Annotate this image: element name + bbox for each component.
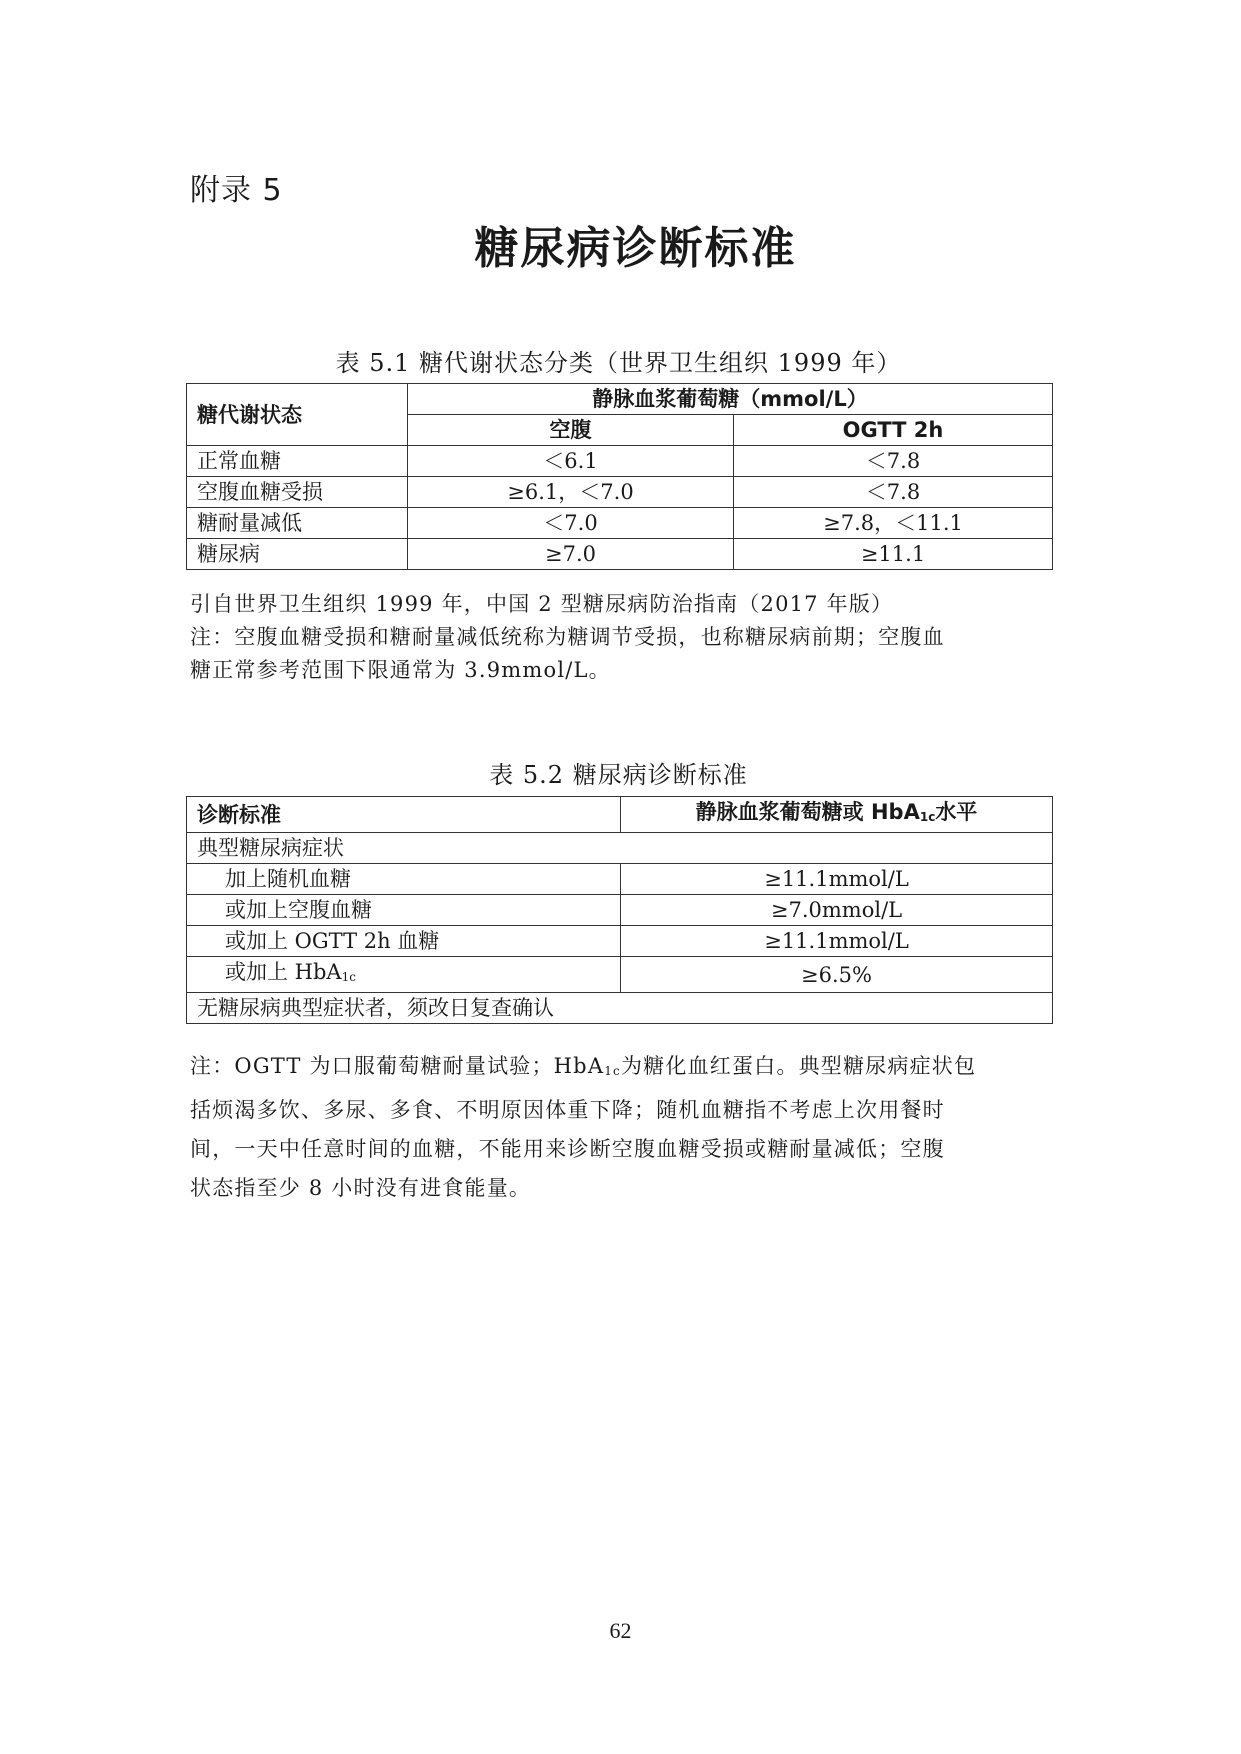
header-text-suffix: 水平: [935, 800, 977, 824]
table-row: 正常血糖 ＜6.1 ＜7.8: [187, 446, 1053, 477]
header-fasting: 空腹: [408, 415, 734, 446]
note-text: 为糖化血红蛋白。典型糖尿病症状包: [621, 1054, 976, 1078]
table1-source: 引自世界卫生组织 1999 年，中国 2 型糖尿病防治指南（2017 年版）: [190, 588, 1050, 621]
symptom-row: 典型糖尿病症状: [187, 833, 1053, 864]
ogtt-value: ＜7.8: [734, 477, 1053, 508]
table-row: 空腹血糖受损 ≥6.1，＜7.0 ＜7.8: [187, 477, 1053, 508]
criterion-label: 加上随机血糖: [187, 864, 621, 895]
appendix-label: 附录 5: [190, 165, 283, 209]
table-row: 或加上 HbA1c ≥6.5%: [187, 957, 1053, 993]
table2-note-line3: 间，一天中任意时间的血糖，不能用来诊断空腹血糖受损或糖耐量减低；空腹: [190, 1130, 1050, 1169]
fasting-value: ≥6.1，＜7.0: [408, 477, 734, 508]
criterion-value: ≥6.5%: [621, 957, 1053, 993]
header-glucose-or-hba1c: 静脉血浆葡萄糖或 HbA1c水平: [621, 797, 1053, 833]
subscript: 1c: [342, 970, 356, 984]
row-label: 糖尿病: [187, 539, 408, 570]
subscript: 1c: [604, 1064, 621, 1078]
footer-row: 无糖尿病典型症状者，须改日复查确认: [187, 993, 1053, 1024]
criterion-label: 或加上空腹血糖: [187, 895, 621, 926]
table2-note-line2: 括烦渴多饮、多尿、多食、不明原因体重下降；随机血糖指不考虑上次用餐时: [190, 1091, 1050, 1130]
table-row: 或加上空腹血糖 ≥7.0mmol/L: [187, 895, 1053, 926]
criterion-value: ≥11.1mmol/L: [621, 864, 1053, 895]
header-metabolic-state: 糖代谢状态: [187, 384, 408, 446]
table-header-row: 诊断标准 静脉血浆葡萄糖或 HbA1c水平: [187, 797, 1053, 833]
header-venous-plasma-glucose: 静脉血浆葡萄糖（mmol/L）: [408, 384, 1053, 415]
ogtt-value: ≥11.1: [734, 539, 1053, 570]
table1-caption: 表 5.1 糖代谢状态分类（世界卫生组织 1999 年）: [186, 343, 1051, 378]
table-row: 糖尿病 ≥7.0 ≥11.1: [187, 539, 1053, 570]
fasting-value: ＜6.1: [408, 446, 734, 477]
note-text: 注：OGTT 为口服葡萄糖耐量试验；HbA: [190, 1054, 604, 1078]
diabetes-diagnosis-table: 诊断标准 静脉血浆葡萄糖或 HbA1c水平 典型糖尿病症状 加上随机血糖 ≥11…: [186, 796, 1053, 1024]
table1-notes: 引自世界卫生组织 1999 年，中国 2 型糖尿病防治指南（2017 年版） 注…: [190, 588, 1050, 687]
subscript: 1c: [920, 810, 935, 824]
table2-notes: 注：OGTT 为口服葡萄糖耐量试验；HbA1c为糖化血红蛋白。典型糖尿病症状包 …: [190, 1047, 1050, 1208]
table-row: 加上随机血糖 ≥11.1mmol/L: [187, 864, 1053, 895]
table2-note-line1: 注：OGTT 为口服葡萄糖耐量试验；HbA1c为糖化血红蛋白。典型糖尿病症状包: [190, 1047, 1050, 1091]
row-label: 糖耐量减低: [187, 508, 408, 539]
table1-note-line2: 糖正常参考范围下限通常为 3.9mmol/L。: [190, 654, 1050, 687]
table-row: 无糖尿病典型症状者，须改日复查确认: [187, 993, 1053, 1024]
ogtt-value: ＜7.8: [734, 446, 1053, 477]
page-number: 62: [0, 1618, 1241, 1644]
fasting-value: ≥7.0: [408, 539, 734, 570]
header-diagnostic-criteria: 诊断标准: [187, 797, 621, 833]
table1-note-line1: 注：空腹血糖受损和糖耐量减低统称为糖调节受损，也称糖尿病前期；空腹血: [190, 621, 1050, 654]
criterion-label: 或加上 OGTT 2h 血糖: [187, 926, 621, 957]
glucose-metabolism-table: 糖代谢状态 静脉血浆葡萄糖（mmol/L） 空腹 OGTT 2h 正常血糖 ＜6…: [186, 383, 1053, 570]
table-header-row: 糖代谢状态 静脉血浆葡萄糖（mmol/L）: [187, 384, 1053, 415]
table-row: 糖耐量减低 ＜7.0 ≥7.8，＜11.1: [187, 508, 1053, 539]
criterion-label: 或加上 HbA1c: [187, 957, 621, 993]
row-label: 正常血糖: [187, 446, 408, 477]
table2-note-line4: 状态指至少 8 小时没有进食能量。: [190, 1169, 1050, 1208]
label-text: 或加上 HbA: [225, 960, 342, 984]
header-ogtt-2h: OGTT 2h: [734, 415, 1053, 446]
fasting-value: ＜7.0: [408, 508, 734, 539]
table-row: 或加上 OGTT 2h 血糖 ≥11.1mmol/L: [187, 926, 1053, 957]
criterion-value: ≥7.0mmol/L: [621, 895, 1053, 926]
header-text: 静脉血浆葡萄糖或 HbA: [696, 800, 920, 824]
row-label: 空腹血糖受损: [187, 477, 408, 508]
table-row: 典型糖尿病症状: [187, 833, 1053, 864]
table2-caption: 表 5.2 糖尿病诊断标准: [186, 755, 1051, 790]
criterion-value: ≥11.1mmol/L: [621, 926, 1053, 957]
page-title: 糖尿病诊断标准: [0, 212, 1241, 276]
ogtt-value: ≥7.8，＜11.1: [734, 508, 1053, 539]
